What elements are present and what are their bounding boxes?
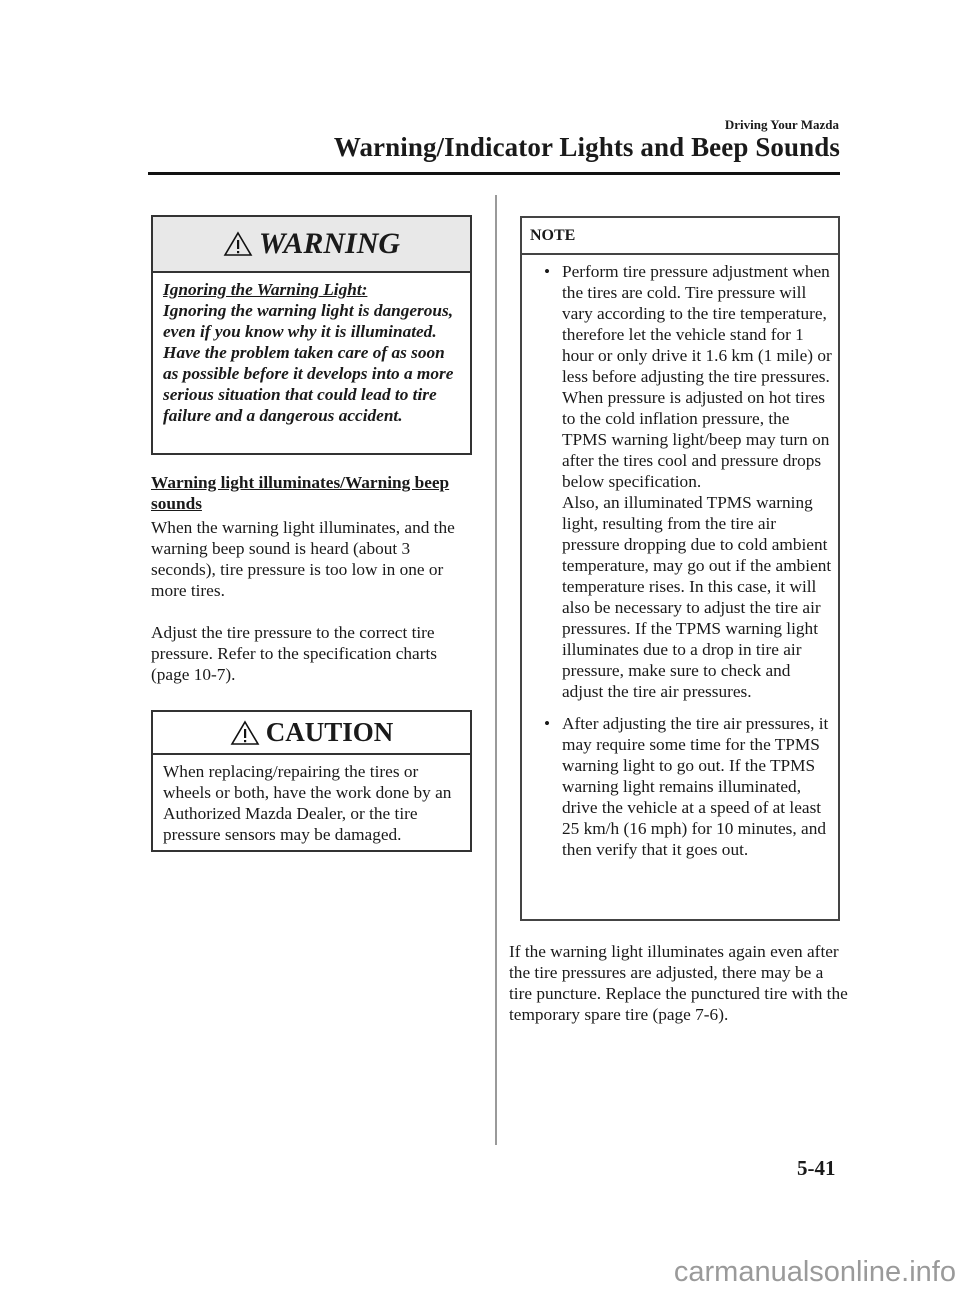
bullet-icon: • — [544, 261, 550, 282]
caution-box-header: CAUTION — [153, 712, 470, 755]
warning-label: WARNING — [259, 227, 400, 261]
note-box: NOTE • Perform tire pressure adjustment … — [520, 216, 840, 921]
header-section-label: Driving Your Mazda — [725, 117, 839, 133]
caution-box: CAUTION When replacing/repairing the tir… — [151, 710, 472, 852]
watermark: carmanualsonline.info — [674, 1256, 956, 1289]
warning-body: Ignoring the Warning Light: Ignoring the… — [153, 273, 470, 426]
warning-text: Ignoring the warning light is dangerous,… — [163, 300, 460, 426]
note-item: • After adjusting the tire air pressures… — [522, 713, 832, 860]
body-paragraph: When the warning light illuminates, and … — [151, 517, 476, 601]
caution-text: When replacing/repairing the tires or wh… — [153, 755, 470, 845]
bullet-icon: • — [544, 713, 550, 734]
page-title: Warning/Indicator Lights and Beep Sounds — [334, 132, 840, 163]
header-rule — [148, 172, 840, 175]
page-number: 5-41 — [797, 1156, 836, 1181]
warning-subheading: Ignoring the Warning Light: — [163, 279, 460, 300]
column-divider — [495, 195, 497, 1145]
note-item-text: After adjusting the tire air pressures, … — [562, 713, 832, 860]
note-label: NOTE — [522, 218, 838, 255]
note-item: • Perform tire pressure adjustment when … — [522, 261, 832, 702]
warning-box-header: WARNING — [153, 217, 470, 273]
section-heading: Warning light illuminates/Warning beep s… — [151, 472, 471, 514]
warning-triangle-icon — [223, 231, 253, 257]
closing-paragraph: If the warning light illuminates again e… — [509, 941, 849, 1025]
note-item-text-continued: Also, an illuminated TPMS warning light,… — [562, 492, 832, 702]
warning-box: WARNING Ignoring the Warning Light: Igno… — [151, 215, 472, 455]
caution-label: CAUTION — [266, 717, 394, 748]
note-item-text: Perform tire pressure adjustment when th… — [562, 261, 832, 492]
note-list: • Perform tire pressure adjustment when … — [522, 255, 838, 860]
warning-triangle-icon — [230, 720, 260, 746]
body-paragraph: Adjust the tire pressure to the correct … — [151, 622, 476, 685]
